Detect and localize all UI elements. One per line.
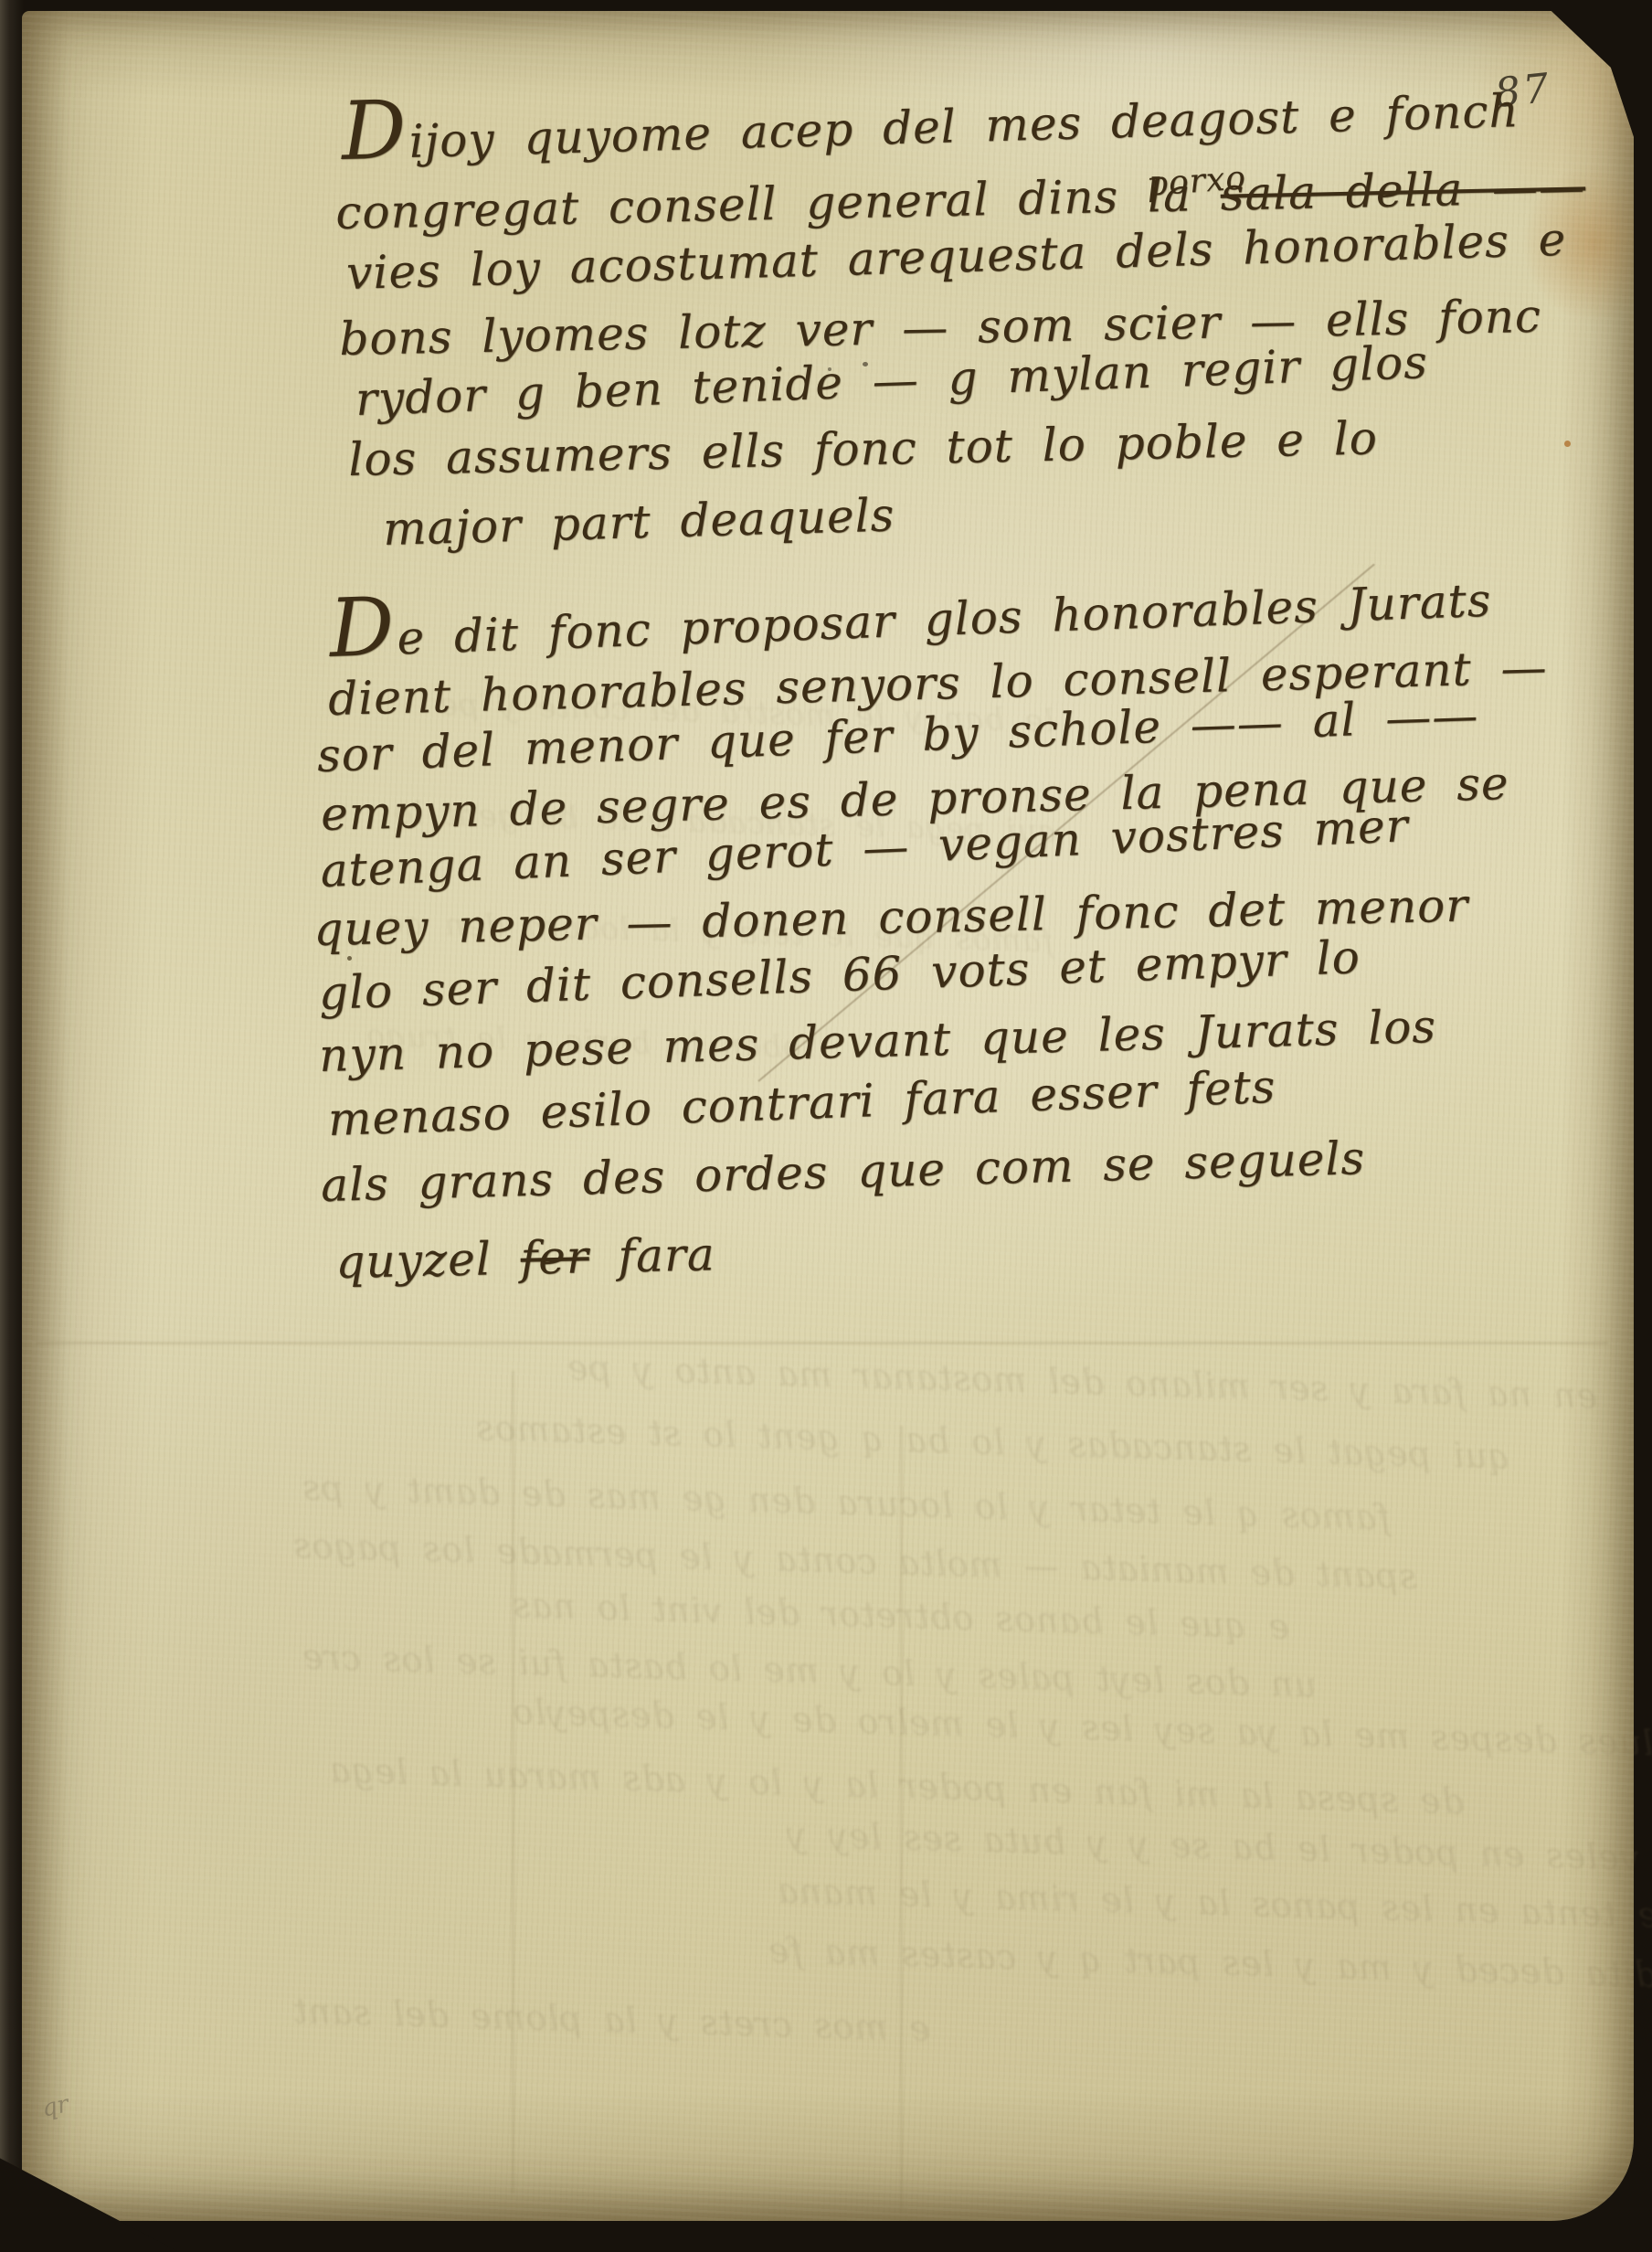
rust-speck: [1564, 441, 1571, 447]
interlinear-insertion: porxo: [1146, 159, 1248, 203]
corner-mark: qr: [39, 2090, 71, 2122]
manuscript-text: fara: [618, 1227, 715, 1282]
manuscript-scan: 87 Dijoy quyome acep del mes deagost e f…: [0, 0, 1652, 2252]
horizontal-crease: [37, 1342, 1608, 1344]
manuscript-text: quyzel: [335, 1232, 492, 1289]
struck-text: sala della ——: [1220, 160, 1586, 220]
struck-text: fer: [520, 1230, 589, 1285]
manuscript-line: quyzel fer fara: [335, 1227, 715, 1289]
ink-speck: [347, 956, 352, 961]
